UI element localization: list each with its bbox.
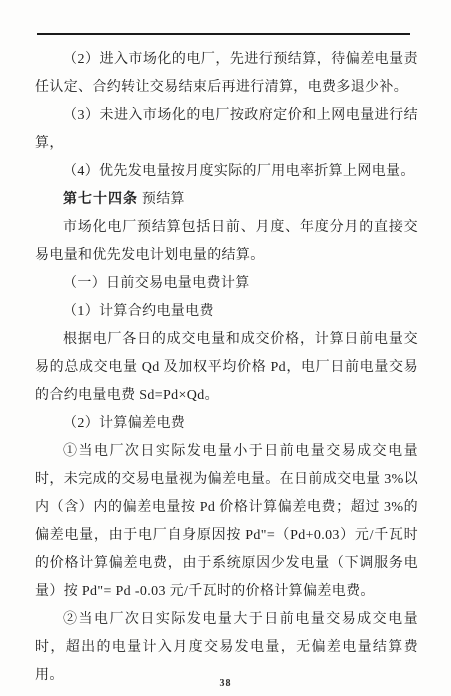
paragraph: 市场化电厂预结算包括日前、月度、年度分月的直接交易电量和优先发电计划电量的结算。	[35, 214, 418, 270]
paragraph: （2）进入市场化的电厂，先进行预结算，待偏差电量责任认定、合约转让交易结束后再进…	[35, 46, 418, 102]
article-heading: 第七十四条 预结算	[35, 186, 418, 214]
paragraph: （3）未进入市场化的电厂按政府定价和上网电量进行结算，	[35, 102, 418, 158]
article-number: 第七十四条	[63, 192, 138, 207]
paragraph: （1）计算合约电量电费	[35, 298, 418, 326]
header-rule	[37, 33, 410, 35]
document-page: （2）进入市场化的电厂，先进行预结算，待偏差电量责任认定、合约转让交易结束后再进…	[0, 0, 451, 696]
document-body: （2）进入市场化的电厂，先进行预结算，待偏差电量责任认定、合约转让交易结束后再进…	[35, 46, 418, 690]
paragraph: ①当电厂次日实际发电量小于日前电量交易成交电量时，未完成的交易电量视为偏差电量。…	[35, 438, 418, 606]
article-title: 预结算	[138, 192, 185, 207]
paragraph: 根据电厂各日的成交电量和成交价格，计算日前电量交易的总成交电量 Qd 及加权平均…	[35, 326, 418, 410]
paragraph: （2）计算偏差电费	[35, 410, 418, 438]
paragraph: （一）日前交易电量电费计算	[35, 270, 418, 298]
page-number: 38	[0, 678, 451, 689]
paragraph: （4）优先发电量按月度实际的厂用电率折算上网电量。	[35, 158, 418, 186]
